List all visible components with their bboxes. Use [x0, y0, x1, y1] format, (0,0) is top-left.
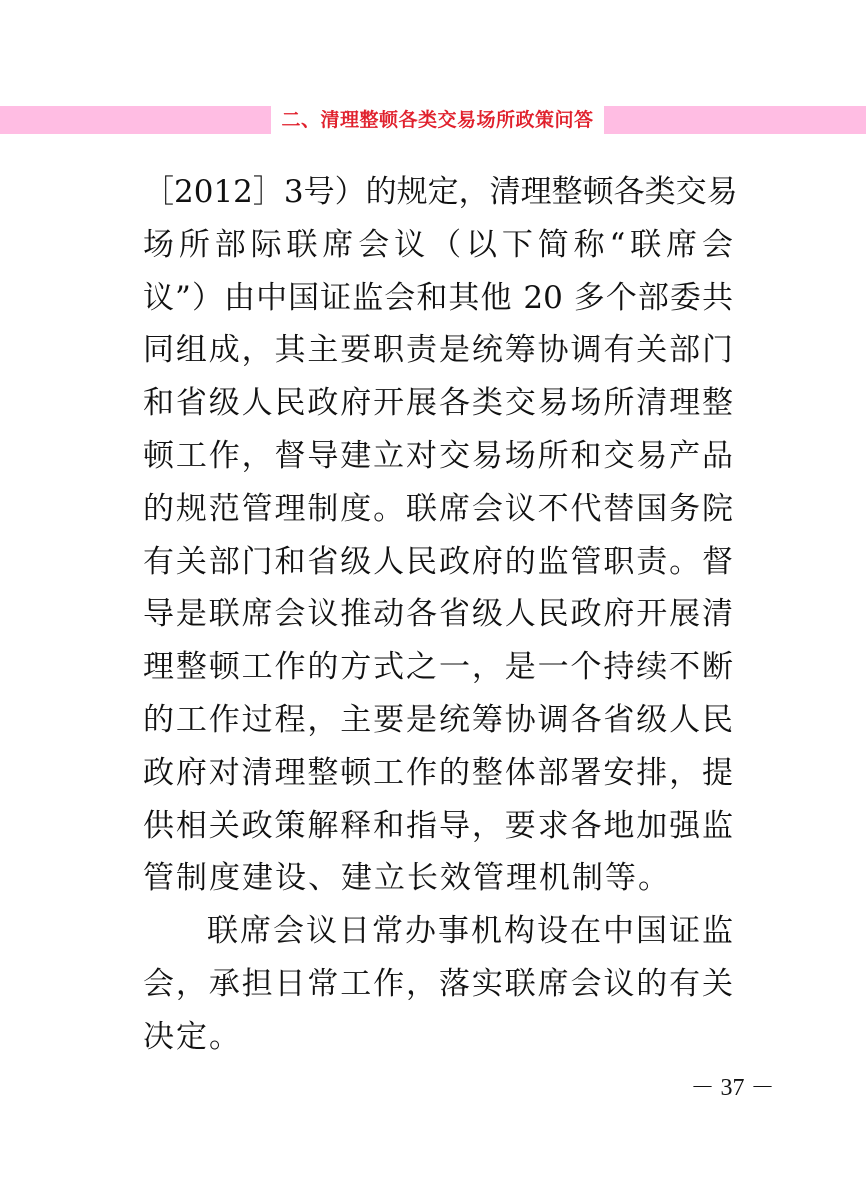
- text-line: 有关部门和省级人民政府的监管职责。督: [143, 536, 733, 589]
- text-line: 导是联席会议推动各省级人民政府开展清: [143, 588, 733, 641]
- text-line: 决定。: [143, 1011, 733, 1064]
- text-line: 会，承担日常工作，落实联席会议的有关: [143, 958, 733, 1011]
- header-band-left: [0, 106, 271, 134]
- text-line: ［2012］3号）的规定，清理整顿各类交易: [143, 166, 733, 219]
- text-line: 的工作过程，主要是统筹协调各省级人民: [143, 694, 733, 747]
- text-line: 理整顿工作的方式之一，是一个持续不断: [143, 641, 733, 694]
- text-line: 议”）由中国证监会和其他 20 多个部委共: [143, 272, 733, 325]
- text-line: 和省级人民政府开展各类交易场所清理整: [143, 377, 733, 430]
- text-line: 场所部际联席会议（以下简称“联席会: [143, 219, 733, 272]
- paragraph-1: ［2012］3号）的规定，清理整顿各类交易 场所部际联席会议（以下简称“联席会 …: [143, 166, 733, 905]
- body-text: ［2012］3号）的规定，清理整顿各类交易 场所部际联席会议（以下简称“联席会 …: [143, 166, 733, 1064]
- section-title: 二、清理整顿各类交易场所政策问答: [271, 106, 604, 134]
- text-line: 政府对清理整顿工作的整体部署安排，提: [143, 747, 733, 800]
- text-line: 的规范管理制度。联席会议不代替国务院: [143, 483, 733, 536]
- paragraph-2: 联席会议日常办事机构设在中国证监 会，承担日常工作，落实联席会议的有关 决定。: [143, 905, 733, 1063]
- text-line: 管制度建设、建立长效管理机制等。: [143, 852, 733, 905]
- text-line: 同组成，其主要职责是统筹协调有关部门: [143, 324, 733, 377]
- header-band-right: [604, 106, 866, 134]
- text-line: 顿工作，督导建立对交易场所和交易产品: [143, 430, 733, 483]
- text-line: 联席会议日常办事机构设在中国证监: [143, 905, 733, 958]
- text-line: 供相关政策解释和指导，要求各地加强监: [143, 800, 733, 853]
- page-number: － 37 －: [690, 1074, 775, 1102]
